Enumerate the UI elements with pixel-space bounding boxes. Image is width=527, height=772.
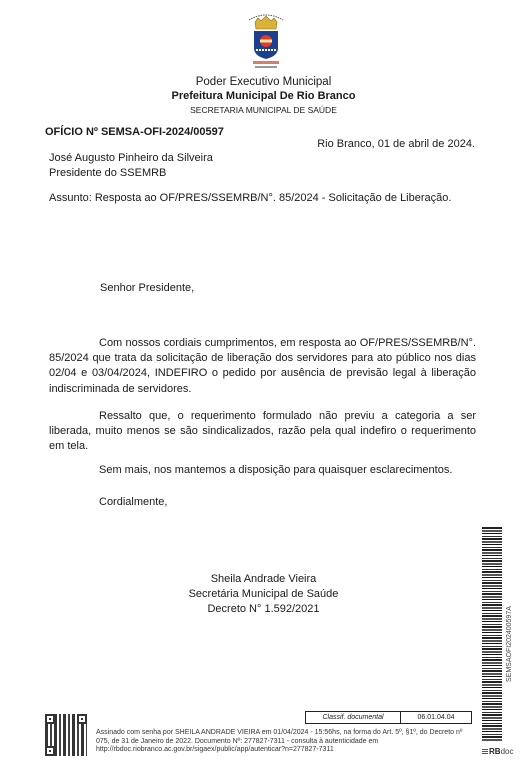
header-secretaria: SECRETARIA MUNICIPAL DE SAÚDE xyxy=(0,105,527,115)
barcode-text: SEMSAOFI202400597A xyxy=(506,606,513,682)
header-prefeitura: Prefeitura Municipal De Rio Branco xyxy=(0,90,527,102)
signer-decree: Decreto N° 1.592/2021 xyxy=(0,603,527,615)
classification-label: Classif. documental xyxy=(306,712,401,723)
classification-box: Classif. documental 06.01.04.04 xyxy=(305,711,472,724)
salutation: Senhor Presidente, xyxy=(100,282,194,294)
recipient-title: Presidente do SSEMRB xyxy=(49,167,166,179)
closing-paragraph: Sem mais, nos mantemos a disposição para… xyxy=(99,464,452,476)
rbdoc-logo: RBdoc xyxy=(482,747,513,756)
authentication-text: Assinado com senha por SHEILA ANDRADE VI… xyxy=(96,729,466,755)
qr-finder xyxy=(45,714,55,724)
rbdoc-brand-bold: RB xyxy=(489,747,501,756)
rbdoc-icon xyxy=(482,749,488,754)
signer-role: Secretária Municipal de Saúde xyxy=(0,588,527,600)
qr-finder xyxy=(45,746,55,756)
header-executive: Poder Executivo Municipal xyxy=(0,76,527,88)
municipal-crest xyxy=(243,10,289,72)
subject-line: Assunto: Resposta ao OF/PRES/SSEMRB/N°. … xyxy=(49,192,451,204)
qr-code[interactable] xyxy=(45,714,87,756)
rbdoc-brand-rest: doc xyxy=(501,747,514,756)
classification-value: 06.01.04.04 xyxy=(401,712,471,723)
signer-name: Sheila Andrade Vieira xyxy=(0,573,527,585)
body-paragraph: Ressalto que, o requerimento formulado n… xyxy=(49,409,476,455)
document-number: OFÍCIO Nº SEMSA-OFI-2024/00597 xyxy=(45,126,224,138)
closing-greeting: Cordialmente, xyxy=(99,496,167,508)
recipient-name: José Augusto Pinheiro da Silveira xyxy=(49,152,213,164)
qr-finder xyxy=(77,714,87,724)
body-paragraph: Com nossos cordiais cumprimentos, em res… xyxy=(49,336,476,397)
vertical-barcode xyxy=(482,527,502,741)
place-date: Rio Branco, 01 de abril de 2024. xyxy=(317,138,475,150)
